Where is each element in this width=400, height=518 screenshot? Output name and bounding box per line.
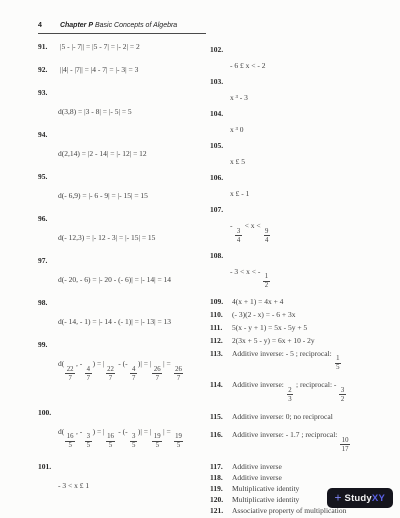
fraction: 47 [130,366,136,382]
problem-expression: x £ 5 [230,157,390,166]
problem-expression: Additive inverse [232,462,282,471]
fraction: 1017 [340,437,350,453]
problem-number: 120. [210,495,232,504]
problem-111: 111.5(x - y + 1) = 5x - 5y + 5 [210,323,390,332]
solutions-column-right: 102.- 6 £ x < - 2103.x ³ - 3104.x ³ 0105… [210,45,390,517]
problem-number: 114. [210,380,232,389]
fraction: 165 [65,433,75,449]
problem-98: 98.d(- 14, - 1) = |- 14 - (- 1)| = |- 13… [38,298,204,326]
fraction: 267 [152,366,162,382]
problem-92: 92.||4| - |7|| = |4 - 7| = |- 3| = 3 [38,65,204,74]
problem-number: 98. [38,298,60,307]
problem-number: 109. [210,297,232,306]
problem-number: 103. [210,77,232,86]
problem-number: 100. [38,408,60,417]
fraction: 195 [152,433,162,449]
problem-116: 116.Additive inverse: - 1.7 ; reciprocal… [210,430,390,453]
fraction: 34 [235,228,241,244]
fraction: 165 [106,433,116,449]
fraction: 94 [264,228,270,244]
problem-118: 118.Additive inverse [210,473,390,482]
fraction: 227 [106,366,116,382]
problem-number: 92. [38,65,60,74]
fraction: 47 [85,366,91,382]
problem-expression: x ³ 0 [230,125,390,134]
problem-number: 106. [210,173,232,182]
problem-114: 114.Additive inverse: 23 ; reciprocal: -… [210,380,390,403]
problem-number: 101. [38,462,60,471]
fraction: 35 [85,433,91,449]
textbook-solutions-page: 4 Chapter P Basic Concepts of Algebra 91… [0,0,400,518]
problem-100: 100.d(165, - 35) = |165 - (- 35)| = |195… [38,408,204,450]
problem-number: 112. [210,336,232,345]
problem-expression: d(- 14, - 1) = |- 14 - (- 1)| = |- 13| =… [58,317,204,326]
problem-number: 115. [210,412,232,421]
problem-expression: d(227, - 47) = |227 - (- 47)| = |267| = … [58,359,204,382]
plus-icon: + [335,492,342,504]
problem-number: 111. [210,323,232,332]
problem-number: 118. [210,473,232,482]
studyxy-logo: + StudyXY [327,488,393,508]
problem-93: 93.d(3,8) = |3 - 8| = |- 5| = 5 [38,88,204,116]
problem-101: 101.- 3 < x £ 1 [38,462,204,490]
problem-105: 105.x £ 5 [210,141,390,166]
problem-expression: d(165, - 35) = |165 - (- 35)| = |195| = … [58,427,204,450]
problem-expression: x £ - 1 [230,189,390,198]
problem-115: 115.Additive inverse: 0; no reciprocal [210,412,390,421]
problem-number: 121. [210,506,232,515]
fraction: 23 [287,387,293,403]
problem-113: 113.Additive inverse: - 5 ; reciprocal: … [210,349,390,372]
problem-expression: - 34 < x < 94 [230,221,390,244]
fraction: 35 [130,433,136,449]
problem-expression: d(- 20, - 6) = |- 20 - (- 6)| = |- 14| =… [58,275,204,284]
problem-expression: d(- 12,3) = |- 12 - 3| = |- 15| = 15 [58,233,204,242]
problem-97: 97.d(- 20, - 6) = |- 20 - (- 6)| = |- 14… [38,256,204,284]
page-header: 4 Chapter P Basic Concepts of Algebra [38,22,208,30]
problem-expression: x ³ - 3 [230,93,390,102]
problem-expression: d(3,8) = |3 - 8| = |- 5| = 5 [58,107,204,116]
fraction: 32 [339,387,345,403]
problem-expression: Multiplicative identity [232,495,299,504]
problem-number: 104. [210,109,232,118]
problem-expression: - 6 £ x < - 2 [230,61,390,70]
problem-expression: 4(x + 1) = 4x + 4 [232,297,283,306]
problem-95: 95.d(- 6,9) = |- 6 - 9| = |- 15| = 15 [38,172,204,200]
problem-number: 119. [210,484,232,493]
problem-117: 117.Additive inverse [210,462,390,471]
problem-number: 105. [210,141,232,150]
problem-103: 103.x ³ - 3 [210,77,390,102]
problem-expression: Additive inverse: 0; no reciprocal [232,412,333,421]
problem-94: 94.d(2,14) = |2 - 14| = |- 12| = 12 [38,130,204,158]
problem-expression: d(- 6,9) = |- 6 - 9| = |- 15| = 15 [58,191,204,200]
problem-number: 108. [210,251,232,260]
problem-number: 99. [38,340,60,349]
problem-expression: Additive inverse: 23 ; reciprocal: - 32 [232,380,347,389]
problem-number: 116. [210,430,232,439]
problem-expression: d(2,14) = |2 - 14| = |- 12| = 12 [58,149,204,158]
problem-107: 107.- 34 < x < 94 [210,205,390,244]
header-rule [38,33,206,34]
problem-expression: - 3 < x < - 12 [230,267,390,290]
problem-110: 110.(- 3)(2 - x) = - 6 + 3x [210,310,390,319]
chapter-title: Basic Concepts of Algebra [95,22,177,29]
logo-brand-primary: Study [345,493,372,504]
problem-number: 113. [210,349,232,358]
problem-number: 117. [210,462,232,471]
problem-96: 96.d(- 12,3) = |- 12 - 3| = |- 15| = 15 [38,214,204,242]
fraction: 267 [174,366,184,382]
problem-number: 96. [38,214,60,223]
logo-brand-accent: XY [372,493,385,504]
problem-number: 94. [38,130,60,139]
problem-number: 107. [210,205,232,214]
problem-108: 108.- 3 < x < - 12 [210,251,390,290]
chapter-label: Chapter P [60,22,93,29]
problem-91: 91.|5 - |- 7|| = |5 - 7| = |- 2| = 2 [38,42,204,51]
problem-expression: 2(3x + 5 - y) = 6x + 10 - 2y [232,336,315,345]
fraction: 227 [65,366,75,382]
problem-102: 102.- 6 £ x < - 2 [210,45,390,70]
solutions-column-left: 91.|5 - |- 7|| = |5 - 7| = |- 2| = 292.|… [38,42,204,504]
problem-number: 91. [38,42,60,51]
problem-number: 93. [38,88,60,97]
problem-104: 104.x ³ 0 [210,109,390,134]
fraction: 15 [335,355,341,371]
problem-expression: Additive inverse: - 5 ; reciprocal: 15 [232,349,342,358]
problem-expression: |5 - |- 7|| = |5 - 7| = |- 2| = 2 [60,42,140,51]
problem-99: 99.d(227, - 47) = |227 - (- 47)| = |267|… [38,340,204,382]
problem-number: 97. [38,256,60,265]
problem-number: 95. [38,172,60,181]
fraction: 195 [174,433,184,449]
problem-expression: ||4| - |7|| = |4 - 7| = |- 3| = 3 [60,65,138,74]
problem-106: 106.x £ - 1 [210,173,390,198]
problem-number: 102. [210,45,232,54]
problem-expression: Multiplicative identity [232,484,299,493]
fraction: 12 [263,273,269,289]
problem-112: 112.2(3x + 5 - y) = 6x + 10 - 2y [210,336,390,345]
problem-expression: - 3 < x £ 1 [58,481,204,490]
problem-expression: (- 3)(2 - x) = - 6 + 3x [232,310,295,319]
problem-expression: Additive inverse [232,473,282,482]
problem-expression: 5(x - y + 1) = 5x - 5y + 5 [232,323,307,332]
problem-expression: Additive inverse: - 1.7 ; reciprocal: 10… [232,430,351,439]
page-number: 4 [38,22,58,30]
problem-109: 109.4(x + 1) = 4x + 4 [210,297,390,306]
problem-number: 110. [210,310,232,319]
